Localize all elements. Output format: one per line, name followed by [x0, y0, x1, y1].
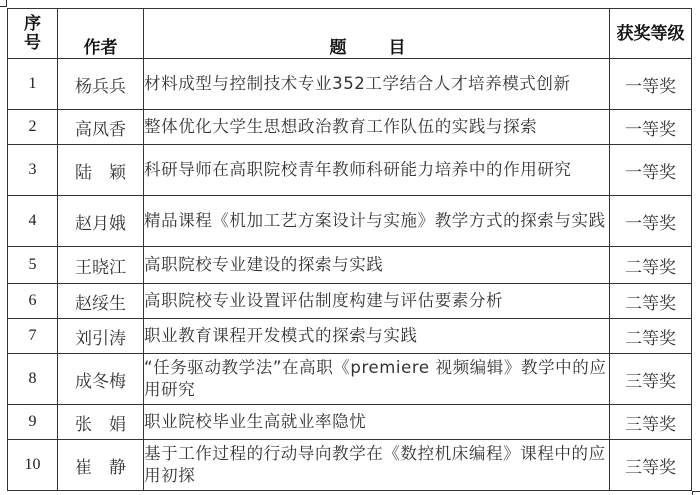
table-row: 5 王晓江 高职院校专业建设的探索与实践 二等奖 [8, 247, 692, 284]
row-author: 陆 颖 [58, 145, 144, 196]
row-author: 王晓江 [58, 247, 144, 284]
header-title: 题 目 [144, 9, 610, 59]
row-title: 高职院校专业建设的探索与实践 [144, 247, 610, 284]
row-author: 赵月娥 [58, 196, 144, 247]
row-author: 高凤香 [58, 110, 144, 145]
row-title: 基于工作过程的行动导向教学在《数控机床编程》课程中的应用初探 [144, 440, 610, 491]
row-no: 7 [8, 319, 58, 354]
row-no: 8 [8, 354, 58, 405]
corner-crop-mark [0, 0, 7, 7]
row-title: 职业院校毕业生高就业率隐忧 [144, 405, 610, 440]
table-row: 1 杨兵兵 材料成型与控制技术专业352工学结合人才培养模式创新 一等奖 [8, 59, 692, 110]
row-award: 三等奖 [610, 354, 692, 405]
row-title: 精品课程《机加工艺方案设计与实施》教学方式的探索与实践 [144, 196, 610, 247]
row-award: 二等奖 [610, 284, 692, 319]
row-author: 张 娟 [58, 405, 144, 440]
table-row: 4 赵月娥 精品课程《机加工艺方案设计与实施》教学方式的探索与实践 一等奖 [8, 196, 692, 247]
header-row: 序号 作者 题 目 获奖等级 [8, 9, 692, 59]
row-title: 科研导师在高职院校青年教师科研能力培养中的作用研究 [144, 145, 610, 196]
row-title: 材料成型与控制技术专业352工学结合人才培养模式创新 [144, 59, 610, 110]
row-no: 2 [8, 110, 58, 145]
corner-crop-mark [692, 491, 700, 495]
row-author: 杨兵兵 [58, 59, 144, 110]
header-author: 作者 [58, 9, 144, 59]
row-no: 5 [8, 247, 58, 284]
row-award: 三等奖 [610, 405, 692, 440]
table-row: 3 陆 颖 科研导师在高职院校青年教师科研能力培养中的作用研究 一等奖 [8, 145, 692, 196]
row-award: 三等奖 [610, 440, 692, 491]
row-award: 一等奖 [610, 110, 692, 145]
row-no: 9 [8, 405, 58, 440]
row-title: “任务驱动教学法”在高职《premiere 视频编辑》教学中的应用研究 [144, 354, 610, 405]
row-title: 职业教育课程开发模式的探索与实践 [144, 319, 610, 354]
row-award: 一等奖 [610, 196, 692, 247]
row-award: 一等奖 [610, 59, 692, 110]
row-author: 成冬梅 [58, 354, 144, 405]
row-title: 高职院校专业设置评估制度构建与评估要素分析 [144, 284, 610, 319]
row-author: 赵绥生 [58, 284, 144, 319]
award-table: 序号 作者 题 目 获奖等级 1 杨兵兵 材料成型与控制技术专业352工学结合人… [7, 8, 692, 491]
header-no: 序号 [8, 9, 58, 59]
row-no: 1 [8, 59, 58, 110]
row-no: 6 [8, 284, 58, 319]
row-author: 崔 静 [58, 440, 144, 491]
row-no: 10 [8, 440, 58, 491]
table-row: 2 高凤香 整体优化大学生思想政治教育工作队伍的实践与探索 一等奖 [8, 110, 692, 145]
table-row: 8 成冬梅 “任务驱动教学法”在高职《premiere 视频编辑》教学中的应用研… [8, 354, 692, 405]
row-award: 二等奖 [610, 319, 692, 354]
row-author: 刘引涛 [58, 319, 144, 354]
row-title: 整体优化大学生思想政治教育工作队伍的实践与探索 [144, 110, 610, 145]
row-award: 一等奖 [610, 145, 692, 196]
row-no: 3 [8, 145, 58, 196]
row-award: 二等奖 [610, 247, 692, 284]
table-row: 6 赵绥生 高职院校专业设置评估制度构建与评估要素分析 二等奖 [8, 284, 692, 319]
table-row: 7 刘引涛 职业教育课程开发模式的探索与实践 二等奖 [8, 319, 692, 354]
table-row: 10 崔 静 基于工作过程的行动导向教学在《数控机床编程》课程中的应用初探 三等… [8, 440, 692, 491]
table-row: 9 张 娟 职业院校毕业生高就业率隐忧 三等奖 [8, 405, 692, 440]
row-no: 4 [8, 196, 58, 247]
header-award: 获奖等级 [610, 9, 692, 59]
